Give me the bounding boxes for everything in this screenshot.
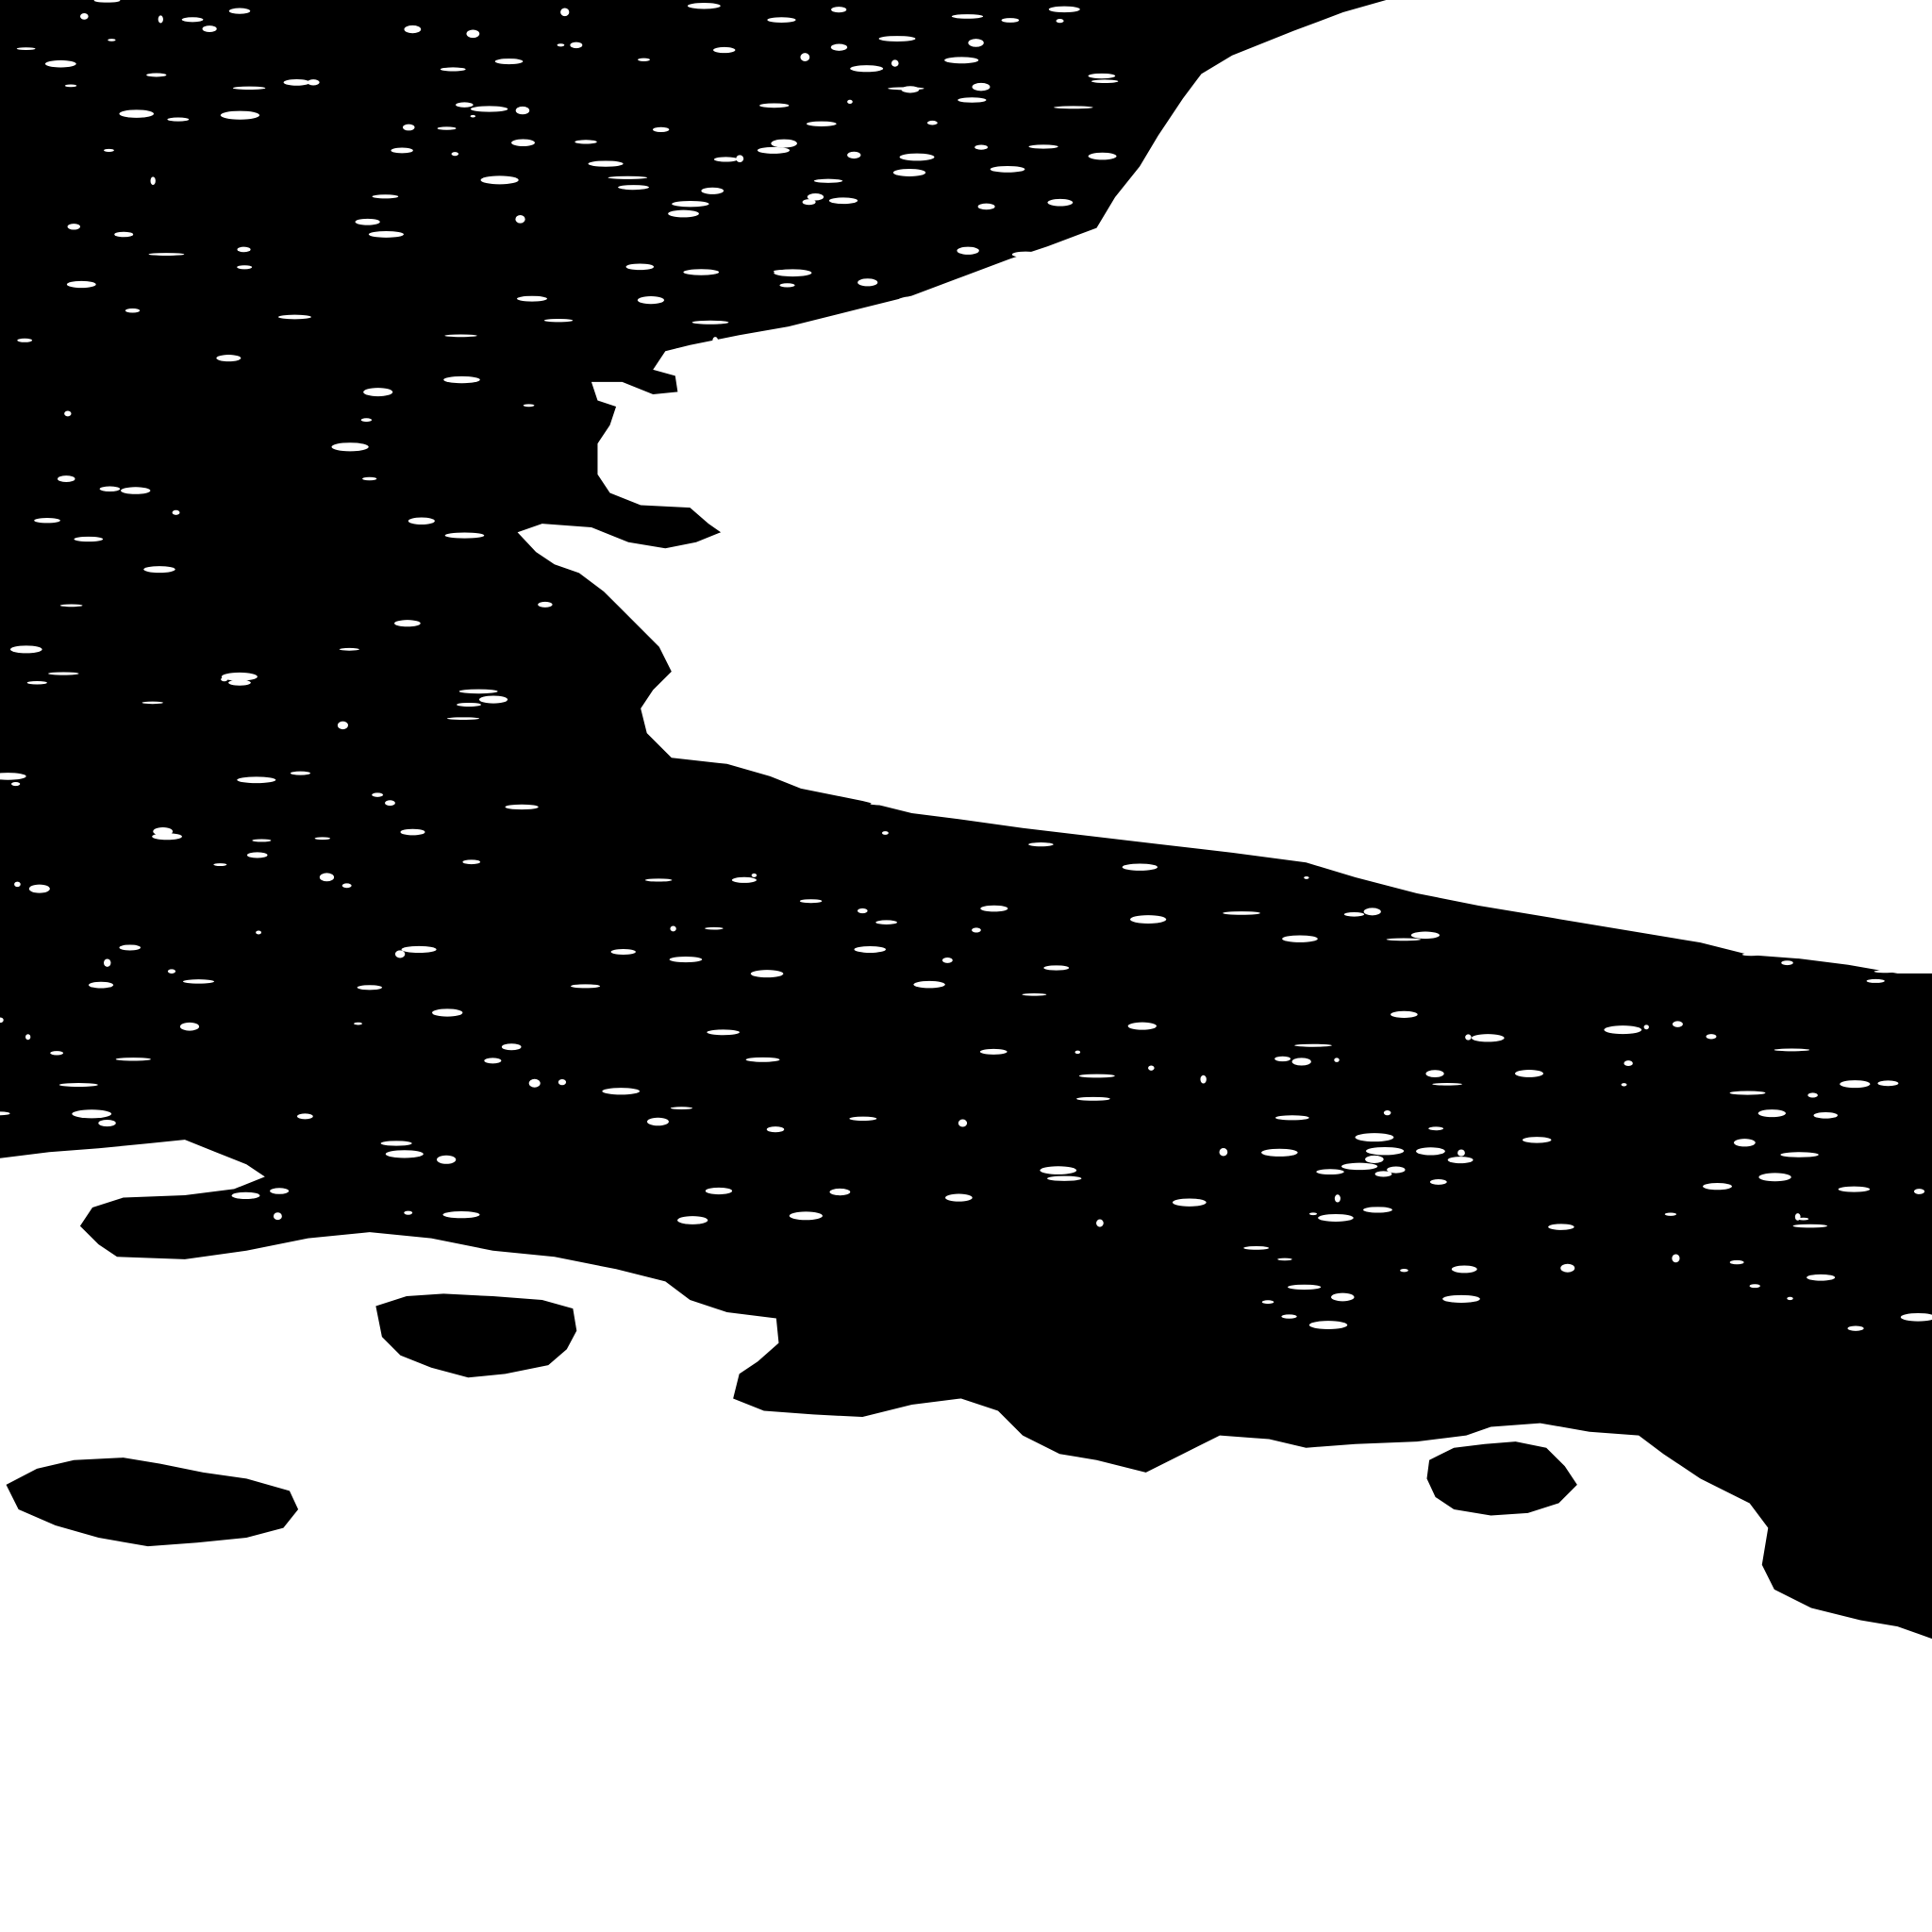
segmentation-mask [0,0,1932,1932]
